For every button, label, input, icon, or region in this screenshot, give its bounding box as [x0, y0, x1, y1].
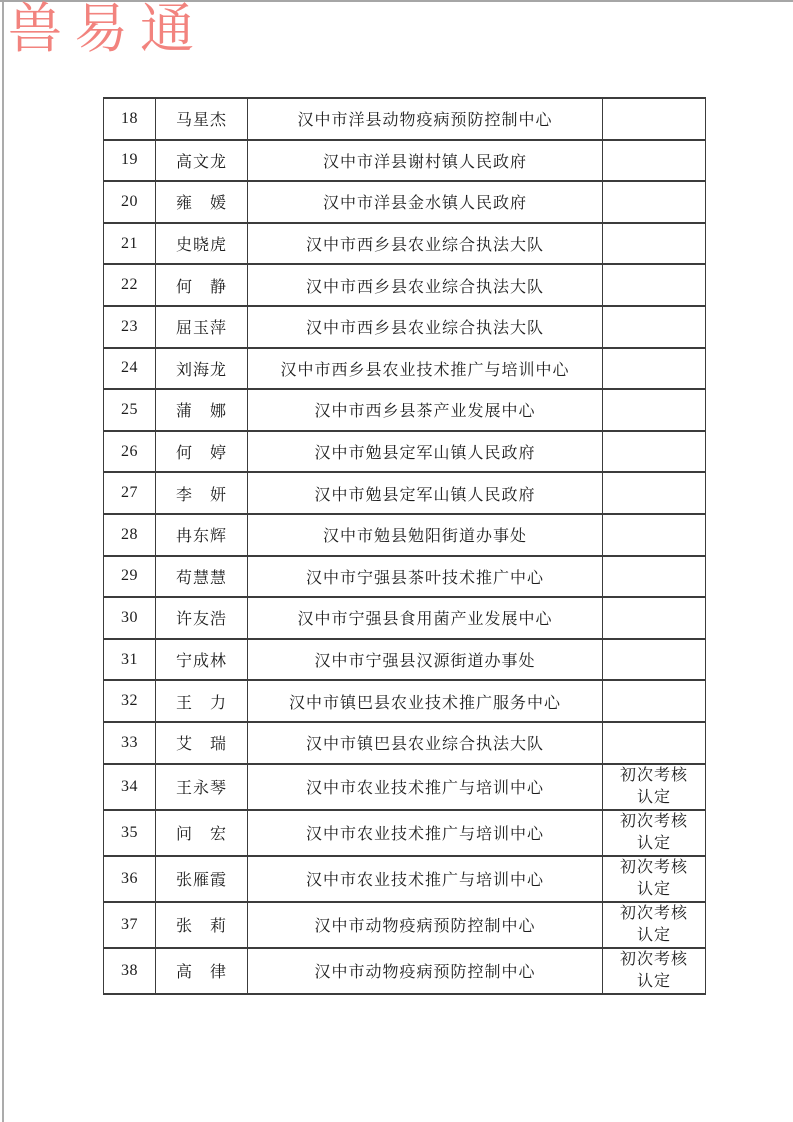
table-row: 25 蒲 娜 汉中市西乡县茶产业发展中心 — [104, 389, 706, 431]
table-row: 26 何 婷 汉中市勉县定军山镇人民政府 — [104, 431, 706, 473]
name-cell: 高 律 — [156, 948, 248, 994]
remark-cell — [603, 597, 706, 639]
remark-cell — [603, 472, 706, 514]
table-row: 29 苟慧慧 汉中市宁强县茶叶技术推广中心 — [104, 556, 706, 598]
remark-cell — [603, 98, 706, 140]
remark-cell — [603, 306, 706, 348]
organization-cell: 汉中市勉县定军山镇人民政府 — [248, 431, 603, 473]
table-row: 38 高 律 汉中市动物疫病预防控制中心 初次考核认定 — [104, 948, 706, 994]
name-cell: 冉东辉 — [156, 514, 248, 556]
name-cell: 王永琴 — [156, 764, 248, 810]
organization-cell: 汉中市西乡县农业技术推广与培训中心 — [248, 348, 603, 390]
name-cell: 何 静 — [156, 264, 248, 306]
name-cell: 史晓虎 — [156, 223, 248, 265]
table-row: 33 艾 瑞 汉中市镇巴县农业综合执法大队 — [104, 722, 706, 764]
remark-cell — [603, 431, 706, 473]
name-cell: 雍 媛 — [156, 181, 248, 223]
remark-cell — [603, 556, 706, 598]
organization-cell: 汉中市宁强县茶叶技术推广中心 — [248, 556, 603, 598]
remark-text: 初次考核认定 — [617, 765, 691, 809]
row-number-cell: 31 — [104, 639, 156, 681]
row-number-cell: 23 — [104, 306, 156, 348]
table-row: 19 高文龙 汉中市洋县谢村镇人民政府 — [104, 140, 706, 182]
remark-cell — [603, 264, 706, 306]
name-cell: 宁成林 — [156, 639, 248, 681]
organization-cell: 汉中市动物疫病预防控制中心 — [248, 948, 603, 994]
table-row: 22 何 静 汉中市西乡县农业综合执法大队 — [104, 264, 706, 306]
organization-cell: 汉中市农业技术推广与培训中心 — [248, 856, 603, 902]
page-edge-left — [2, 2, 4, 1122]
organization-cell: 汉中市西乡县农业综合执法大队 — [248, 264, 603, 306]
organization-cell: 汉中市勉县勉阳街道办事处 — [248, 514, 603, 556]
table-row: 18 马星杰 汉中市洋县动物疫病预防控制中心 — [104, 98, 706, 140]
organization-cell: 汉中市西乡县农业综合执法大队 — [248, 223, 603, 265]
remark-cell: 初次考核认定 — [603, 902, 706, 948]
row-number-cell: 36 — [104, 856, 156, 902]
name-cell: 高文龙 — [156, 140, 248, 182]
name-cell: 王 力 — [156, 680, 248, 722]
organization-cell: 汉中市宁强县汉源街道办事处 — [248, 639, 603, 681]
remark-text: 初次考核认定 — [617, 903, 691, 947]
table-row: 34 王永琴 汉中市农业技术推广与培训中心 初次考核认定 — [104, 764, 706, 810]
table-row: 37 张 莉 汉中市动物疫病预防控制中心 初次考核认定 — [104, 902, 706, 948]
row-number-cell: 27 — [104, 472, 156, 514]
name-cell: 许友浩 — [156, 597, 248, 639]
row-number-cell: 19 — [104, 140, 156, 182]
organization-cell: 汉中市农业技术推广与培训中心 — [248, 764, 603, 810]
name-cell: 张雁霞 — [156, 856, 248, 902]
remark-cell — [603, 223, 706, 265]
row-number-cell: 22 — [104, 264, 156, 306]
organization-cell: 汉中市西乡县茶产业发展中心 — [248, 389, 603, 431]
table-row: 27 李 妍 汉中市勉县定军山镇人民政府 — [104, 472, 706, 514]
remark-text: 初次考核认定 — [617, 949, 691, 993]
table-row: 35 问 宏 汉中市农业技术推广与培训中心 初次考核认定 — [104, 810, 706, 856]
remark-cell: 初次考核认定 — [603, 948, 706, 994]
name-cell: 苟慧慧 — [156, 556, 248, 598]
organization-cell: 汉中市农业技术推广与培训中心 — [248, 810, 603, 856]
remark-cell — [603, 514, 706, 556]
table-row: 23 屈玉萍 汉中市西乡县农业综合执法大队 — [104, 306, 706, 348]
table-row: 20 雍 媛 汉中市洋县金水镇人民政府 — [104, 181, 706, 223]
table-row: 31 宁成林 汉中市宁强县汉源街道办事处 — [104, 639, 706, 681]
organization-cell: 汉中市宁强县食用菌产业发展中心 — [248, 597, 603, 639]
table-body: 18 马星杰 汉中市洋县动物疫病预防控制中心 19 高文龙 汉中市洋县谢村镇人民… — [104, 98, 706, 994]
row-number-cell: 21 — [104, 223, 156, 265]
remark-cell — [603, 181, 706, 223]
remark-cell: 初次考核认定 — [603, 764, 706, 810]
table-row: 30 许友浩 汉中市宁强县食用菌产业发展中心 — [104, 597, 706, 639]
remark-cell — [603, 140, 706, 182]
name-cell: 何 婷 — [156, 431, 248, 473]
remark-cell — [603, 680, 706, 722]
row-number-cell: 33 — [104, 722, 156, 764]
row-number-cell: 35 — [104, 810, 156, 856]
table-row: 32 王 力 汉中市镇巴县农业技术推广服务中心 — [104, 680, 706, 722]
table-row: 28 冉东辉 汉中市勉县勉阳街道办事处 — [104, 514, 706, 556]
row-number-cell: 26 — [104, 431, 156, 473]
row-number-cell: 34 — [104, 764, 156, 810]
organization-cell: 汉中市西乡县农业综合执法大队 — [248, 306, 603, 348]
name-cell: 屈玉萍 — [156, 306, 248, 348]
name-cell: 艾 瑞 — [156, 722, 248, 764]
name-cell: 蒲 娜 — [156, 389, 248, 431]
name-cell: 李 妍 — [156, 472, 248, 514]
remark-text: 初次考核认定 — [617, 811, 691, 855]
table-row: 21 史晓虎 汉中市西乡县农业综合执法大队 — [104, 223, 706, 265]
name-cell: 刘海龙 — [156, 348, 248, 390]
organization-cell: 汉中市洋县金水镇人民政府 — [248, 181, 603, 223]
row-number-cell: 24 — [104, 348, 156, 390]
row-number-cell: 30 — [104, 597, 156, 639]
row-number-cell: 32 — [104, 680, 156, 722]
remark-cell: 初次考核认定 — [603, 856, 706, 902]
organization-cell: 汉中市勉县定军山镇人民政府 — [248, 472, 603, 514]
remark-text: 初次考核认定 — [617, 857, 691, 901]
personnel-table: 18 马星杰 汉中市洋县动物疫病预防控制中心 19 高文龙 汉中市洋县谢村镇人民… — [103, 97, 706, 995]
remark-cell — [603, 389, 706, 431]
organization-cell: 汉中市动物疫病预防控制中心 — [248, 902, 603, 948]
row-number-cell: 18 — [104, 98, 156, 140]
row-number-cell: 38 — [104, 948, 156, 994]
organization-cell: 汉中市洋县动物疫病预防控制中心 — [248, 98, 603, 140]
row-number-cell: 37 — [104, 902, 156, 948]
row-number-cell: 20 — [104, 181, 156, 223]
table-row: 24 刘海龙 汉中市西乡县农业技术推广与培训中心 — [104, 348, 706, 390]
remark-cell — [603, 639, 706, 681]
remark-cell — [603, 722, 706, 764]
remark-cell: 初次考核认定 — [603, 810, 706, 856]
remark-cell — [603, 348, 706, 390]
row-number-cell: 25 — [104, 389, 156, 431]
name-cell: 马星杰 — [156, 98, 248, 140]
name-cell: 张 莉 — [156, 902, 248, 948]
organization-cell: 汉中市镇巴县农业技术推广服务中心 — [248, 680, 603, 722]
organization-cell: 汉中市镇巴县农业综合执法大队 — [248, 722, 603, 764]
row-number-cell: 29 — [104, 556, 156, 598]
organization-cell: 汉中市洋县谢村镇人民政府 — [248, 140, 603, 182]
row-number-cell: 28 — [104, 514, 156, 556]
watermark-logo: 兽易通 — [8, 0, 206, 58]
table-row: 36 张雁霞 汉中市农业技术推广与培训中心 初次考核认定 — [104, 856, 706, 902]
name-cell: 问 宏 — [156, 810, 248, 856]
